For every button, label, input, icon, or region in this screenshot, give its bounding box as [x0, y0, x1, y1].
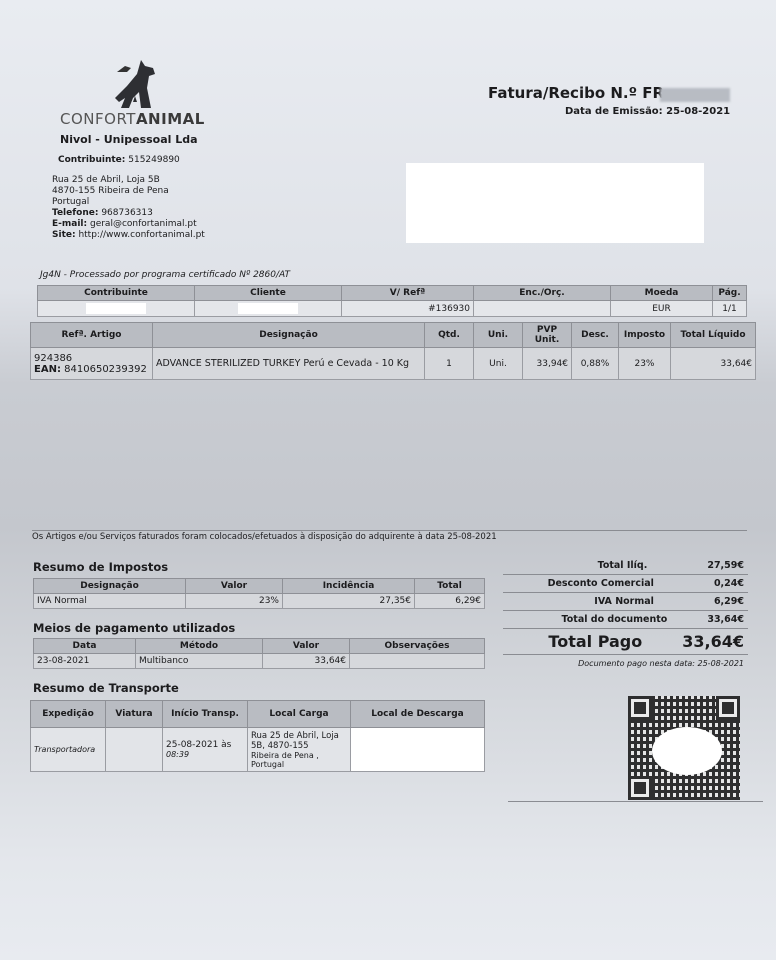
- header-cliente: Cliente: [195, 286, 342, 301]
- company-address: Rua 25 de Abril, Loja 5B 4870-155 Ribeir…: [52, 175, 205, 241]
- cell-pag: 1/1: [713, 301, 747, 317]
- header-qty: Qtd.: [425, 323, 474, 348]
- redacted-client-block: [406, 163, 704, 243]
- header-value: Valor: [263, 639, 350, 654]
- header-contribuinte: Contribuinte: [38, 286, 195, 301]
- company-tax-id: Contribuinte: 515249890: [58, 155, 180, 166]
- total-row: Total do documento33,64€: [503, 611, 748, 629]
- tax-incidence: 27,35€: [283, 594, 415, 609]
- company-email: E-mail: geral@confortanimal.pt: [52, 219, 205, 230]
- total-row: IVA Normal6,29€: [503, 593, 748, 611]
- tax-summary-table: Designação Valor Incidência Total IVA No…: [33, 578, 485, 609]
- table-row: IVA Normal 23% 27,35€ 6,29€: [34, 594, 485, 609]
- transport-unload-place: [351, 728, 485, 772]
- tax-summary-title: Resumo de Impostos: [33, 560, 168, 574]
- header-unload-place: Local de Descarga: [351, 701, 485, 728]
- company-site: Site: http://www.confortanimal.pt: [52, 230, 205, 241]
- header-expedition: Expedição: [31, 701, 106, 728]
- transport-vehicle: [106, 728, 163, 772]
- header-date: Data: [34, 639, 136, 654]
- payment-method: Multibanco: [136, 654, 263, 669]
- total-paid: Total Pago33,64€: [503, 629, 748, 655]
- transport-load-place: Rua 25 de Abril, Loja5B, 4870-155Ribeira…: [248, 728, 351, 772]
- redacted-invoice-number: [660, 88, 730, 102]
- header-unit: Uni.: [474, 323, 523, 348]
- header-load-place: Local Carga: [248, 701, 351, 728]
- payment-date: 23-08-2021: [34, 654, 136, 669]
- cell-cliente: [195, 301, 342, 317]
- tax-rate: 23%: [186, 594, 283, 609]
- item-designation: ADVANCE STERILIZED TURKEY Perú e Cevada …: [153, 348, 425, 380]
- table-row: 23-08-2021 Multibanco 33,64€: [34, 654, 485, 669]
- payment-title: Meios de pagamento utilizados: [33, 621, 235, 635]
- payment-value: 33,64€: [263, 654, 350, 669]
- header-method: Método: [136, 639, 263, 654]
- payment-table: Data Método Valor Observações 23-08-2021…: [33, 638, 485, 669]
- tax-total: 6,29€: [415, 594, 485, 609]
- company-phone: Telefone: 968736313: [52, 208, 205, 219]
- divider: [508, 801, 763, 802]
- header-incidence: Incidência: [283, 579, 415, 594]
- header-designation: Designação: [34, 579, 186, 594]
- paid-note: Documento pago nesta data: 25-08-2021: [503, 655, 748, 672]
- table-row: 924386EAN: 8410650239392 ADVANCE STERILI…: [31, 348, 756, 380]
- totals-block: Total Ilíq.27,59€ Desconto Comercial0,24…: [503, 557, 748, 672]
- header-vehicle: Viatura: [106, 701, 163, 728]
- logo-text: CONFORTANIMAL: [60, 110, 205, 128]
- transport-table: Expedição Viatura Início Transp. Local C…: [30, 700, 485, 772]
- cell-vref: #136930: [342, 301, 474, 317]
- item-pvp: 33,94€: [523, 348, 572, 380]
- cell-enc: [474, 301, 611, 317]
- item-qty: 1: [425, 348, 474, 380]
- redacted-qr-area: [652, 727, 722, 775]
- header-discount: Desc.: [572, 323, 619, 348]
- header-ref: Refª. Artigo: [31, 323, 153, 348]
- transport-title: Resumo de Transporte: [33, 681, 179, 695]
- dog-cat-logo-icon: [105, 58, 165, 113]
- company-name: Nivol - Unipessoal Lda: [60, 133, 198, 146]
- header-pvp: PVP Unit.: [523, 323, 572, 348]
- address-line: Portugal: [52, 197, 205, 208]
- header-total: Total: [415, 579, 485, 594]
- item-unit: Uni.: [474, 348, 523, 380]
- header-tax: Imposto: [619, 323, 671, 348]
- document-title: Fatura/Recibo N.º FR: [488, 84, 664, 102]
- header-start: Início Transp.: [163, 701, 248, 728]
- total-row: Total Ilíq.27,59€: [503, 557, 748, 575]
- payment-notes: [350, 654, 485, 669]
- info-table: Contribuinte Cliente V/ Refª Enc./Orç. M…: [37, 285, 747, 317]
- header-designation: Designação: [153, 323, 425, 348]
- emission-date: Data de Emissão: 25-08-2021: [565, 106, 730, 117]
- header-value: Valor: [186, 579, 283, 594]
- transport-start: 25-08-2021 às08:39: [163, 728, 248, 772]
- header-pag: Pág.: [713, 286, 747, 301]
- item-total: 33,64€: [671, 348, 756, 380]
- header-enc: Enc./Orç.: [474, 286, 611, 301]
- total-row: Desconto Comercial0,24€: [503, 575, 748, 593]
- header-total: Total Líquido: [671, 323, 756, 348]
- item-ref: 924386EAN: 8410650239392: [31, 348, 153, 380]
- transport-expedition: Transportadora: [31, 728, 106, 772]
- item-tax: 23%: [619, 348, 671, 380]
- tax-designation: IVA Normal: [34, 594, 186, 609]
- certification-note: Jg4N - Processado por programa certifica…: [40, 270, 290, 280]
- delivery-disclaimer: Os Artigos e/ou Serviços faturados foram…: [32, 532, 497, 542]
- header-moeda: Moeda: [611, 286, 713, 301]
- header-notes: Observações: [350, 639, 485, 654]
- table-row: Transportadora 25-08-2021 às08:39 Rua 25…: [31, 728, 485, 772]
- item-discount: 0,88%: [572, 348, 619, 380]
- cell-moeda: EUR: [611, 301, 713, 317]
- cell-contribuinte: [38, 301, 195, 317]
- address-line: Rua 25 de Abril, Loja 5B: [52, 175, 205, 186]
- items-table: Refª. Artigo Designação Qtd. Uni. PVP Un…: [30, 322, 756, 380]
- address-line: 4870-155 Ribeira de Pena: [52, 186, 205, 197]
- header-vref: V/ Refª: [342, 286, 474, 301]
- divider: [32, 530, 747, 531]
